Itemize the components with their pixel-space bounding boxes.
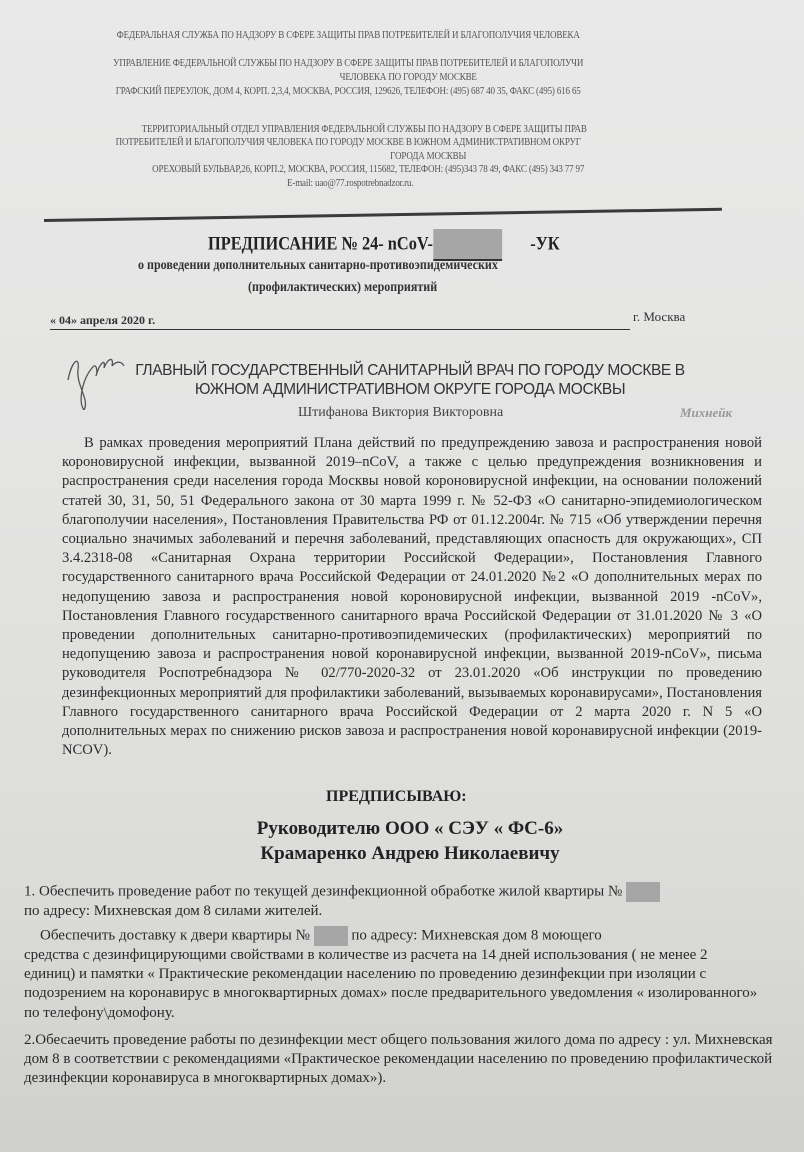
item-1-delivery-text: Обеспечить доставку к двери квартиры № xyxy=(40,927,310,943)
header-department-line1: УПРАВЛЕНИЕ ФЕДЕРАЛЬНОЙ СЛУЖБЫ ПО НАДЗОРУ… xyxy=(30,58,666,69)
item-1-address: по адресу: Михневская дом 8 силами жител… xyxy=(24,902,794,921)
stamp-text: Михнейк xyxy=(680,405,732,421)
header-territorial-line1: ТЕРРИТОРИАЛЬНЫЙ ОТДЕЛ УПРАВЛЕНИЯ ФЕДЕРАЛ… xyxy=(46,124,682,135)
title-subtitle-line2: (профилактических) мероприятий xyxy=(248,280,437,296)
redacted-apartment-2 xyxy=(314,926,348,946)
date-line: « 04» апреля 2020 г. xyxy=(50,313,630,330)
preamble-text: В рамках проведения мероприятий Плана де… xyxy=(62,434,762,760)
document-title: ПРЕДПИСАНИЕ № 24- nCoV- -УК xyxy=(208,229,560,261)
header-agency: ФЕДЕРАЛЬНАЯ СЛУЖБА ПО НАДЗОРУ В СФЕРЕ ЗА… xyxy=(30,30,666,41)
header-department-line2: ЧЕЛОВЕКА ПО ГОРОДУ МОСКВЕ xyxy=(90,72,726,83)
recipient-line2: Крамаренко Андрею Николаевичу xyxy=(100,843,720,865)
item-1-text: 1. Обеспечить проведение работ по текуще… xyxy=(24,883,622,899)
item-1-delivery: Обеспечить доставку к двери квартиры № п… xyxy=(40,926,804,946)
title-prefix: ПРЕДПИСАНИЕ № 24- nCoV- xyxy=(208,233,433,254)
item-2: 2.Обесаечить проведение работы по дезинф… xyxy=(24,1031,794,1089)
title-subtitle-line1: о проведении дополнительных санитарно-пр… xyxy=(138,258,498,274)
doctor-title-line1: ГЛАВНЫЙ ГОСУДАРСТВЕННЫЙ САНИТАРНЫЙ ВРАЧ … xyxy=(60,362,760,380)
item-1-details: средства с дезинфицирующими свойствами в… xyxy=(24,946,759,1023)
document-page: ФЕДЕРАЛЬНАЯ СЛУЖБА ПО НАДЗОРУ В СФЕРЕ ЗА… xyxy=(0,0,804,1152)
recipient-line1: Руководителю ООО « СЭУ « ФС-6» xyxy=(100,818,720,840)
header-email: E-mail: uao@77.rospotrebnadzor.ru. xyxy=(32,178,668,189)
header-divider xyxy=(44,208,722,222)
item-1-line1: 1. Обеспечить проведение работ по текуще… xyxy=(24,882,794,902)
doctor-name: Штифанова Виктория Викторовна xyxy=(298,405,503,421)
document-city: г. Москва xyxy=(633,309,685,325)
redacted-apartment xyxy=(626,882,660,902)
title-suffix: -УК xyxy=(530,233,559,254)
header-territorial-address: ОРЕХОВЫЙ БУЛЬВАР,26, КОРП.2, МОСКВА, РОС… xyxy=(50,164,686,175)
header-department-address: ГРАФСКИЙ ПЕРЕУЛОК, ДОМ 4, КОРП. 2,3,4, М… xyxy=(30,86,666,97)
doctor-title-line2: ЮЖНОМ АДМИНИСТРАТИВНОМ ОКРУГЕ ГОРОДА МОС… xyxy=(60,381,760,399)
document-date: « 04» апреля 2020 г. xyxy=(50,313,155,327)
header-territorial-line2: ПОТРЕБИТЕЛЕЙ И БЛАГОПОЛУЧИЯ ЧЕЛОВЕКА ПО … xyxy=(30,137,666,148)
header-territorial-line3: ГОРОДА МОСКВЫ xyxy=(110,151,746,162)
decree-heading: ПРЕДПИСЫВАЮ: xyxy=(326,788,467,806)
item-1-delivery-address: по адресу: Михневская дом 8 моющего xyxy=(351,927,601,943)
redacted-number xyxy=(433,229,502,261)
